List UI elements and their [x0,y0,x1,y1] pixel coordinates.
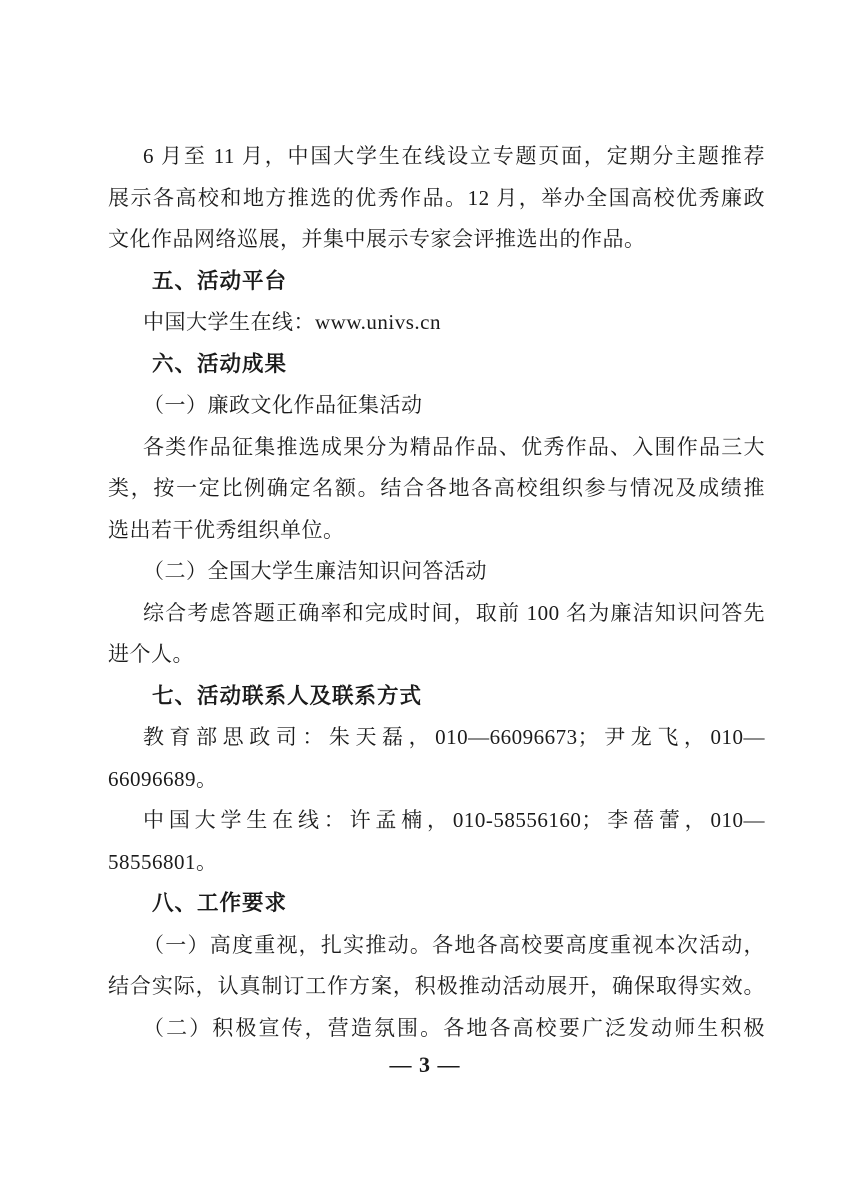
text-line: 七、活动联系人及联系方式 [108,676,765,718]
document-page: 6 月至 11 月，中国大学生在线设立专题页面，定期分主题推荐展示各高校和地方推… [0,0,850,1201]
text-line: 58556801。 [108,842,765,884]
text-line: 文化作品网络巡展，并集中展示专家会评推选出的作品。 [108,219,765,261]
text-line: 综合考虑答题正确率和完成时间，取前 100 名为廉洁知识问答先 [108,593,765,635]
text-line: 类，按一定比例确定名额。结合各地各高校组织参与情况及成绩推 [108,468,765,510]
paragraph: （二）积极宣传，营造氛围。各地各高校要广泛发动师生积极 [108,1008,765,1050]
text-line: （二）积极宣传，营造氛围。各地各高校要广泛发动师生积极 [108,1008,765,1050]
text-line: 中国大学生在线：www.univs.cn [108,302,765,344]
sub-heading: （一）廉政文化作品征集活动 [108,385,765,427]
text-line: 中国大学生在线：许孟楠，010-58556160；李蓓蕾，010— [108,800,765,842]
text-line: 各类作品征集推选成果分为精品作品、优秀作品、入围作品三大 [108,427,765,469]
text-line: 八、工作要求 [108,883,765,925]
paragraph: 各类作品征集推选成果分为精品作品、优秀作品、入围作品三大类，按一定比例确定名额。… [108,427,765,552]
paragraph: 教育部思政司：朱天磊，010—66096673；尹龙飞，010—66096689… [108,717,765,800]
text-line: 66096689。 [108,759,765,801]
text-line: （一）高度重视，扎实推动。各地各高校要高度重视本次活动， [108,925,765,967]
text-line: 选出若干优秀组织单位。 [108,510,765,552]
sub-heading: （二）全国大学生廉洁知识问答活动 [108,551,765,593]
text-line: 展示各高校和地方推选的优秀作品。12 月，举办全国高校优秀廉政 [108,178,765,220]
section-heading: 六、活动成果 [108,344,765,386]
text-line: （二）全国大学生廉洁知识问答活动 [108,551,765,593]
text-line: 教育部思政司：朱天磊，010—66096673；尹龙飞，010— [108,717,765,759]
document-body: 6 月至 11 月，中国大学生在线设立专题页面，定期分主题推荐展示各高校和地方推… [108,136,765,1049]
paragraph: 中国大学生在线：www.univs.cn [108,302,765,344]
paragraph: （一）高度重视，扎实推动。各地各高校要高度重视本次活动，结合实际，认真制订工作方… [108,925,765,1008]
text-line: 进个人。 [108,634,765,676]
text-line: 结合实际，认真制订工作方案，积极推动活动展开，确保取得实效。 [108,966,765,1008]
paragraph: 综合考虑答题正确率和完成时间，取前 100 名为廉洁知识问答先进个人。 [108,593,765,676]
page-number: — 3 — [0,1050,850,1080]
text-line: （一）廉政文化作品征集活动 [108,385,765,427]
section-heading: 五、活动平台 [108,261,765,303]
paragraph: 6 月至 11 月，中国大学生在线设立专题页面，定期分主题推荐展示各高校和地方推… [108,136,765,261]
section-heading: 八、工作要求 [108,883,765,925]
paragraph: 中国大学生在线：许孟楠，010-58556160；李蓓蕾，010—5855680… [108,800,765,883]
text-line: 6 月至 11 月，中国大学生在线设立专题页面，定期分主题推荐 [108,136,765,178]
text-line: 六、活动成果 [108,344,765,386]
section-heading: 七、活动联系人及联系方式 [108,676,765,718]
text-line: 五、活动平台 [108,261,765,303]
